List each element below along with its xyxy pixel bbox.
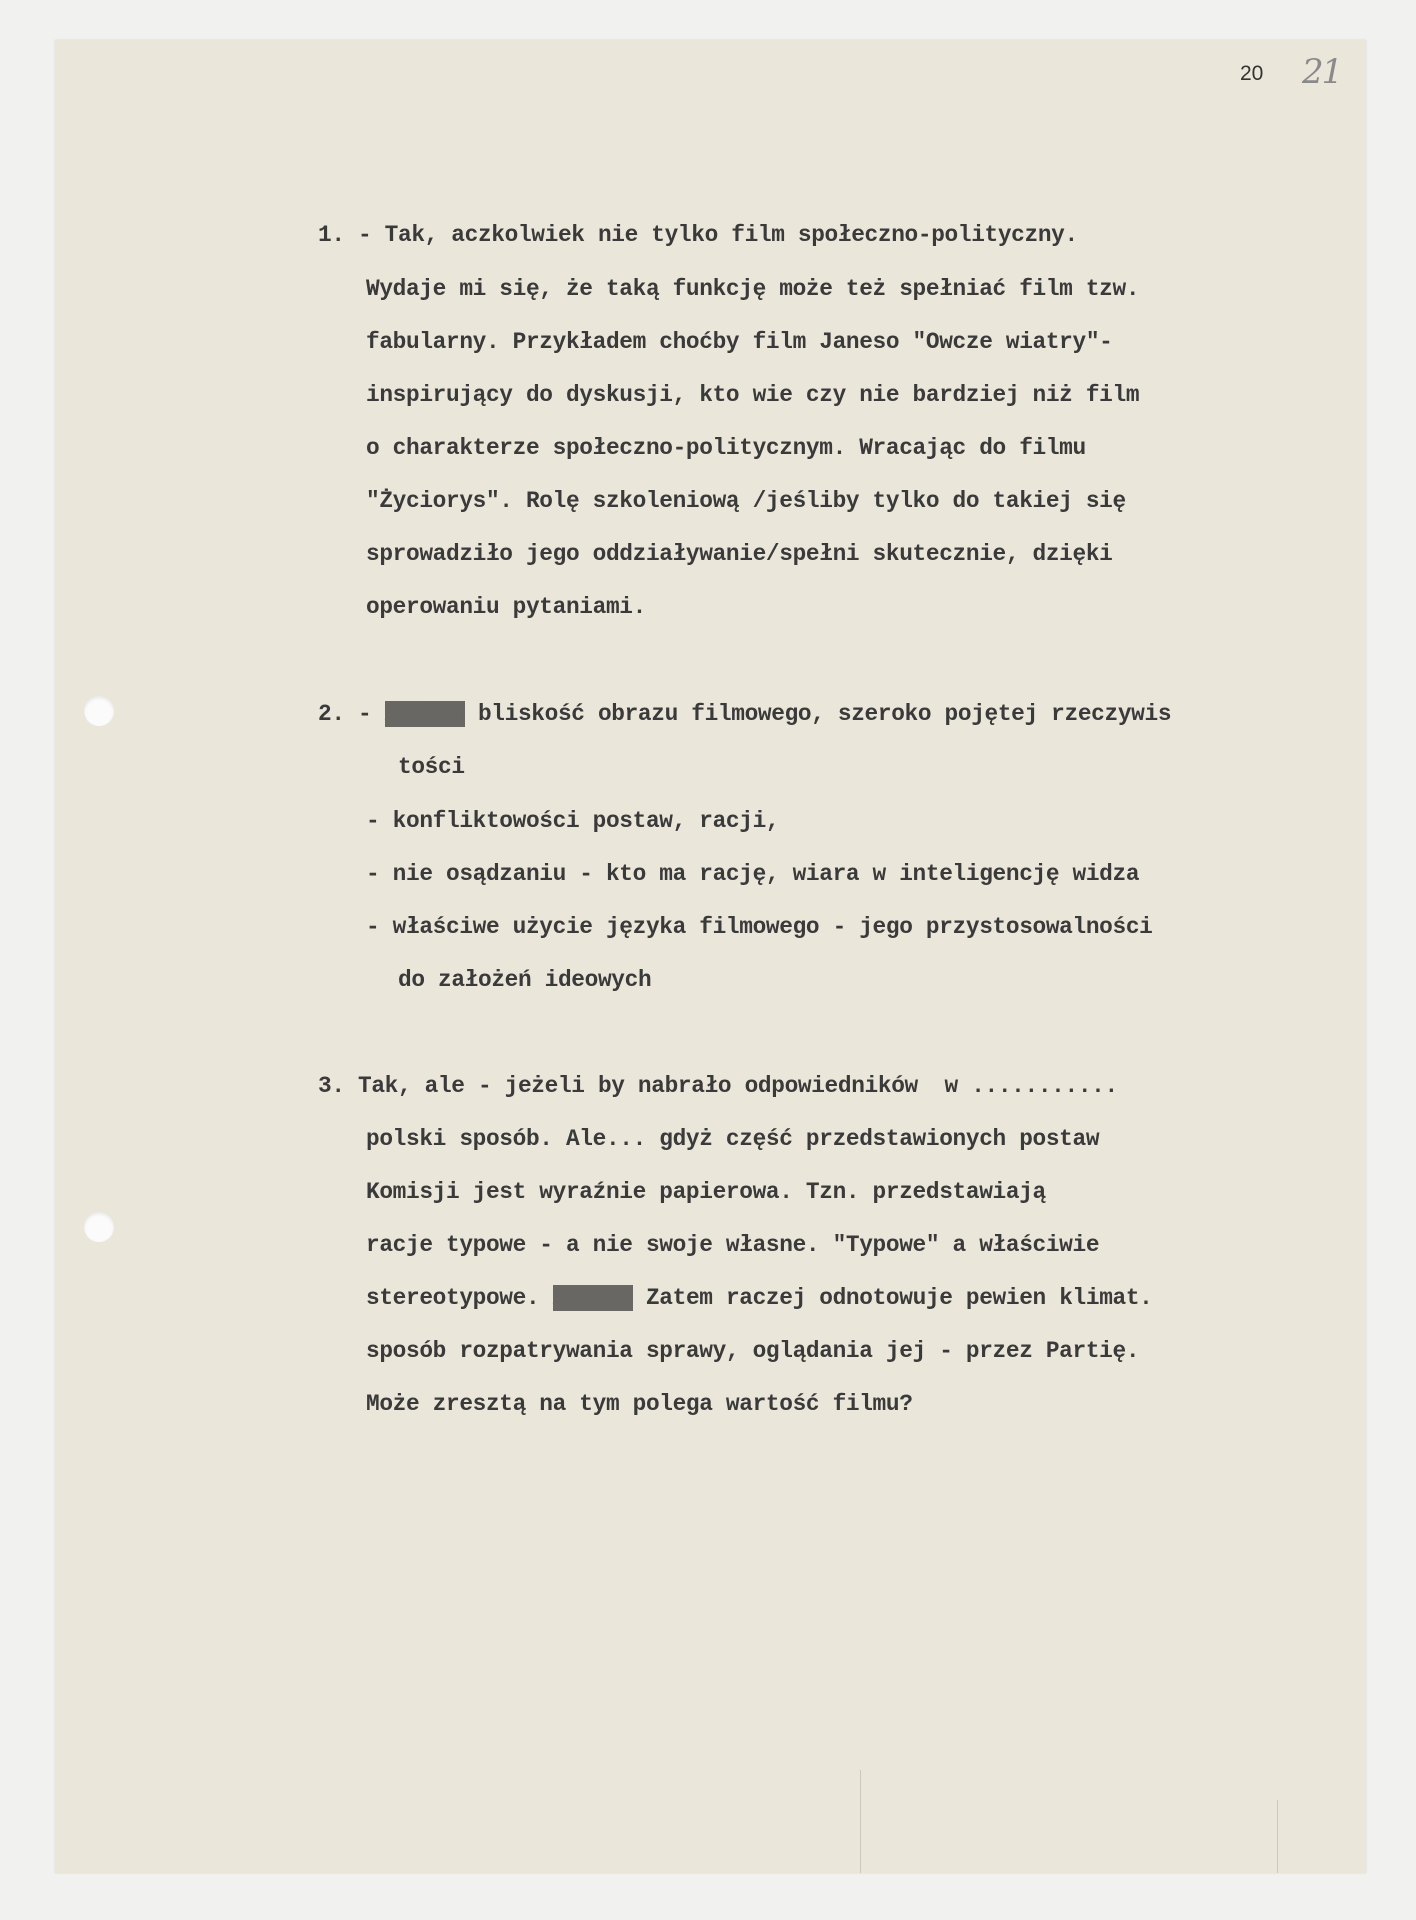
section-3-line: sposób rozpatrywania sprawy, oglądania j… (366, 1338, 1139, 1364)
section-1-line: 1. - Tak, aczkolwiek nie tylko film społ… (318, 222, 1078, 248)
section-3-line-prefix: stereotypowe. (366, 1285, 553, 1311)
section-2-line: do założeń ideowych (398, 967, 651, 993)
section-1-line: fabularny. Przykładem choćby film Janeso… (366, 329, 1113, 355)
section-3-line-with-strike: stereotypowe. Xxxxxx Zatem raczej odnoto… (366, 1285, 1153, 1311)
section-3-line: 3. Tak, ale - jeżeli by nabrało odpowied… (318, 1073, 1118, 1099)
paper-crease (1277, 1800, 1278, 1873)
section-2-bullet: - właściwe użycie języka filmowego - jeg… (366, 914, 1153, 940)
section-2-prefix: 2. - (318, 701, 385, 727)
section-3-line: racje typowe - a nie swoje własne. "Typo… (366, 1232, 1099, 1258)
section-2-first-line: 2. - Xtniem bliskość obrazu filmowego, s… (318, 701, 1171, 727)
document-page (55, 40, 1366, 1873)
paper-crease (860, 1770, 861, 1873)
section-2-bullet: - konfliktowości postaw, racji, (366, 808, 779, 834)
section-3-line: Komisji jest wyraźnie papierowa. Tzn. pr… (366, 1179, 1046, 1205)
struck-out-word: Xxxxxx (553, 1285, 633, 1311)
section-1-line: sprowadziło jego oddziaływanie/spełni sk… (366, 541, 1113, 567)
section-3-line: polski sposób. Ale... gdyż część przedst… (366, 1126, 1099, 1152)
section-1-line: inspirujący do dyskusji, kto wie czy nie… (366, 382, 1139, 408)
section-1-line: "Życiorys". Rolę szkoleniową /jeśliby ty… (366, 488, 1126, 514)
punch-hole-bottom (84, 1212, 114, 1242)
section-2-bullet: - nie osądzaniu - kto ma rację, wiara w … (366, 861, 1139, 887)
handwritten-page-number: 21 (1302, 52, 1341, 92)
section-3-line-rest: Zatem raczej odnotowuje pewien klimat. (633, 1285, 1153, 1311)
page-number: 20 (1240, 62, 1263, 86)
section-1-line: o charakterze społeczno-politycznym. Wra… (366, 435, 1086, 461)
section-1-line: Wydaje mi się, że taką funkcję może też … (366, 276, 1139, 302)
section-2-line-rest: bliskość obrazu filmowego, szeroko pojęt… (465, 701, 1172, 727)
struck-out-word: Xtniem (385, 701, 465, 727)
section-1-line: operowaniu pytaniami. (366, 594, 646, 620)
section-2-line: tości (398, 754, 465, 780)
punch-hole-top (84, 696, 114, 726)
section-3-line: Może zresztą na tym polega wartość filmu… (366, 1391, 913, 1417)
